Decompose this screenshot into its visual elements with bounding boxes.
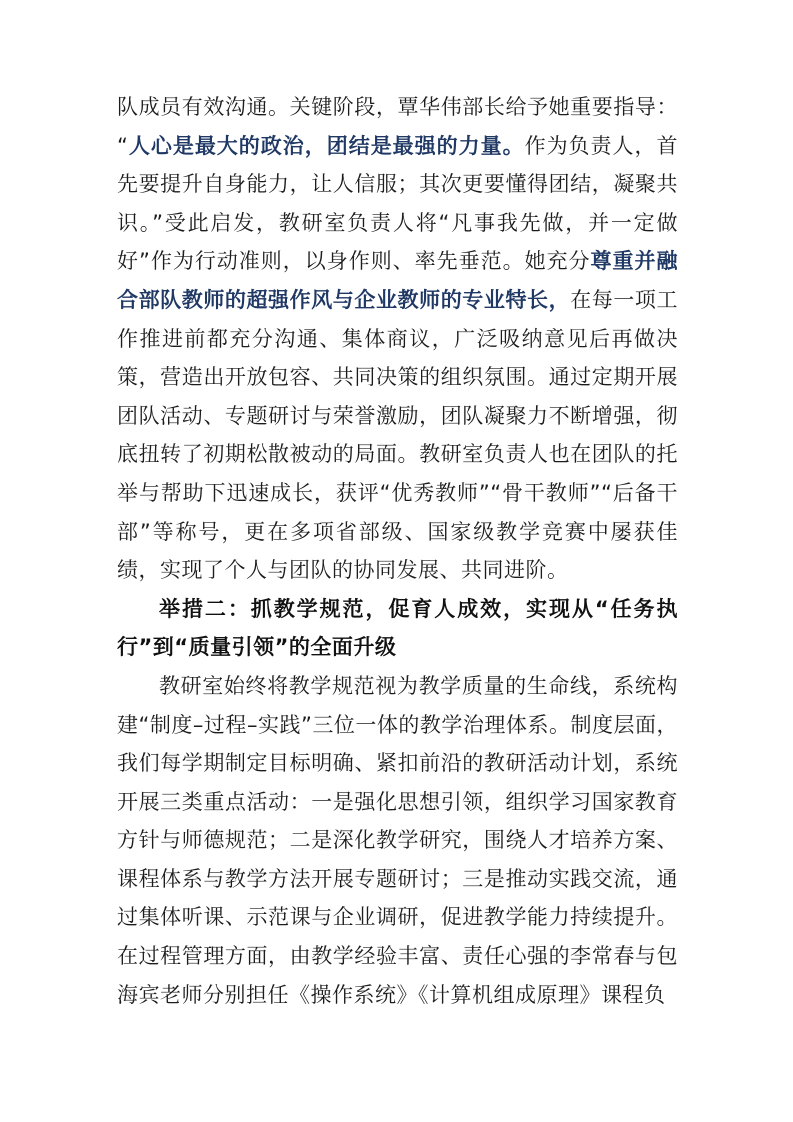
document-page: 队成员有效沟通。关键阶段，覃华伟部长给予她重要指导：“人心是最大的政治，团结是最… [0,0,793,1122]
emphasis-quote-text: 人心是最大的政治，团结是最强的力量。 [128,134,524,158]
paragraph-continuation: 队成员有效沟通。关键阶段，覃华伟部长给予她重要指导：“人心是最大的政治，团结是最… [117,88,678,590]
document-text-block: 队成员有效沟通。关键阶段，覃华伟部长给予她重要指导：“人心是最大的政治，团结是最… [117,88,678,1014]
body-text: 在每一项工作推进前都充分沟通、集体商议，广泛吸纳意见后再做决策，营造出开放包容、… [117,288,678,582]
paragraph-measure-two-body: 教研室始终将教学规范视为教学质量的生命线，系统构建“制度–过程–实践”三位一体的… [117,667,678,1014]
section-heading-measure-two: 举措二：抓教学规范，促育人成效，实现从“任务执行”到“质量引领”的全面升级 [117,590,678,667]
